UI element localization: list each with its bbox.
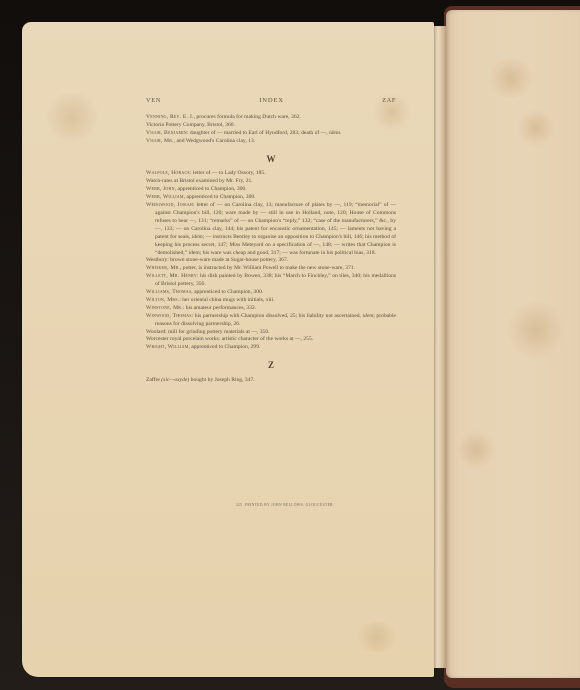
index-entry: Webb, William, apprenticed to Champion, … [146,194,396,202]
printer-imprint: 325. PRINTED BY JOHN BELLOWS, GLOUCESTER… [210,503,360,507]
index-entry: Wilton, Mrs.: her oriental china mugs wi… [146,297,396,305]
section-letter-z: Z [146,362,396,370]
foxing-stain [516,110,556,146]
index-entry: Walpole, Horace: letter of — to Lady Oss… [146,170,396,178]
index-entry: Worcester royal porcelain works: artisti… [146,336,396,344]
index-entry: Westbury: brown stone-ware made at Sugar… [146,257,396,265]
section-z: Zaffre (sic—oxyde) bought by Joseph Ring… [146,377,396,385]
right-page-blank [446,10,580,678]
index-entry: Wright, William, apprenticed to Champion… [146,344,396,352]
foxing-stain [352,622,402,652]
index-entry: Williams, Thomas, apprenticed to Champio… [146,289,396,297]
running-head-right: ZAF [382,97,396,105]
index-entry: Venning, Rev. E. J., procures formula fo… [146,114,396,122]
index-entry: Watch-rates at Bristol examined by Mr. F… [146,178,396,186]
section-w: Walpole, Horace: letter of — to Lady Oss… [146,170,396,352]
book-gutter [432,26,446,668]
running-head: VEN INDEX ZAF [146,97,396,105]
section-letter-w: W [146,156,396,164]
index-entry: Zaffre (sic—oxyde) bought by Joseph Ring… [146,377,396,385]
index-entry: Willett, Mr. Henry: his dish painted by … [146,273,396,289]
foxing-stain [486,58,536,98]
foxing-stain [42,92,102,142]
index-entry: Victoria Pottery Company, Bristol, 360. [146,122,396,130]
index-entry: Vigor, Mr., and Wedgwood's Carolina clay… [146,138,396,146]
index-entry: Vigor, Benjamin: daughter of — married t… [146,130,396,138]
index-entry: Winwood, Thomas: his partnership with Ch… [146,313,396,329]
section-v: Venning, Rev. E. J., procures formula fo… [146,114,396,146]
foxing-stain [506,300,566,360]
index-text: VEN INDEX ZAF Venning, Rev. E. J., procu… [146,97,396,385]
index-entry: Wedgwood, Josiah: letter of — on Carolin… [146,202,396,257]
index-entry: Webb, John, apprenticed to Champion, 300… [146,186,396,194]
foxing-stain [456,430,496,470]
index-entry: Winstone, Mr.: his amateur performances,… [146,305,396,313]
running-head-title: INDEX [259,97,284,105]
running-head-left: VEN [146,97,161,105]
